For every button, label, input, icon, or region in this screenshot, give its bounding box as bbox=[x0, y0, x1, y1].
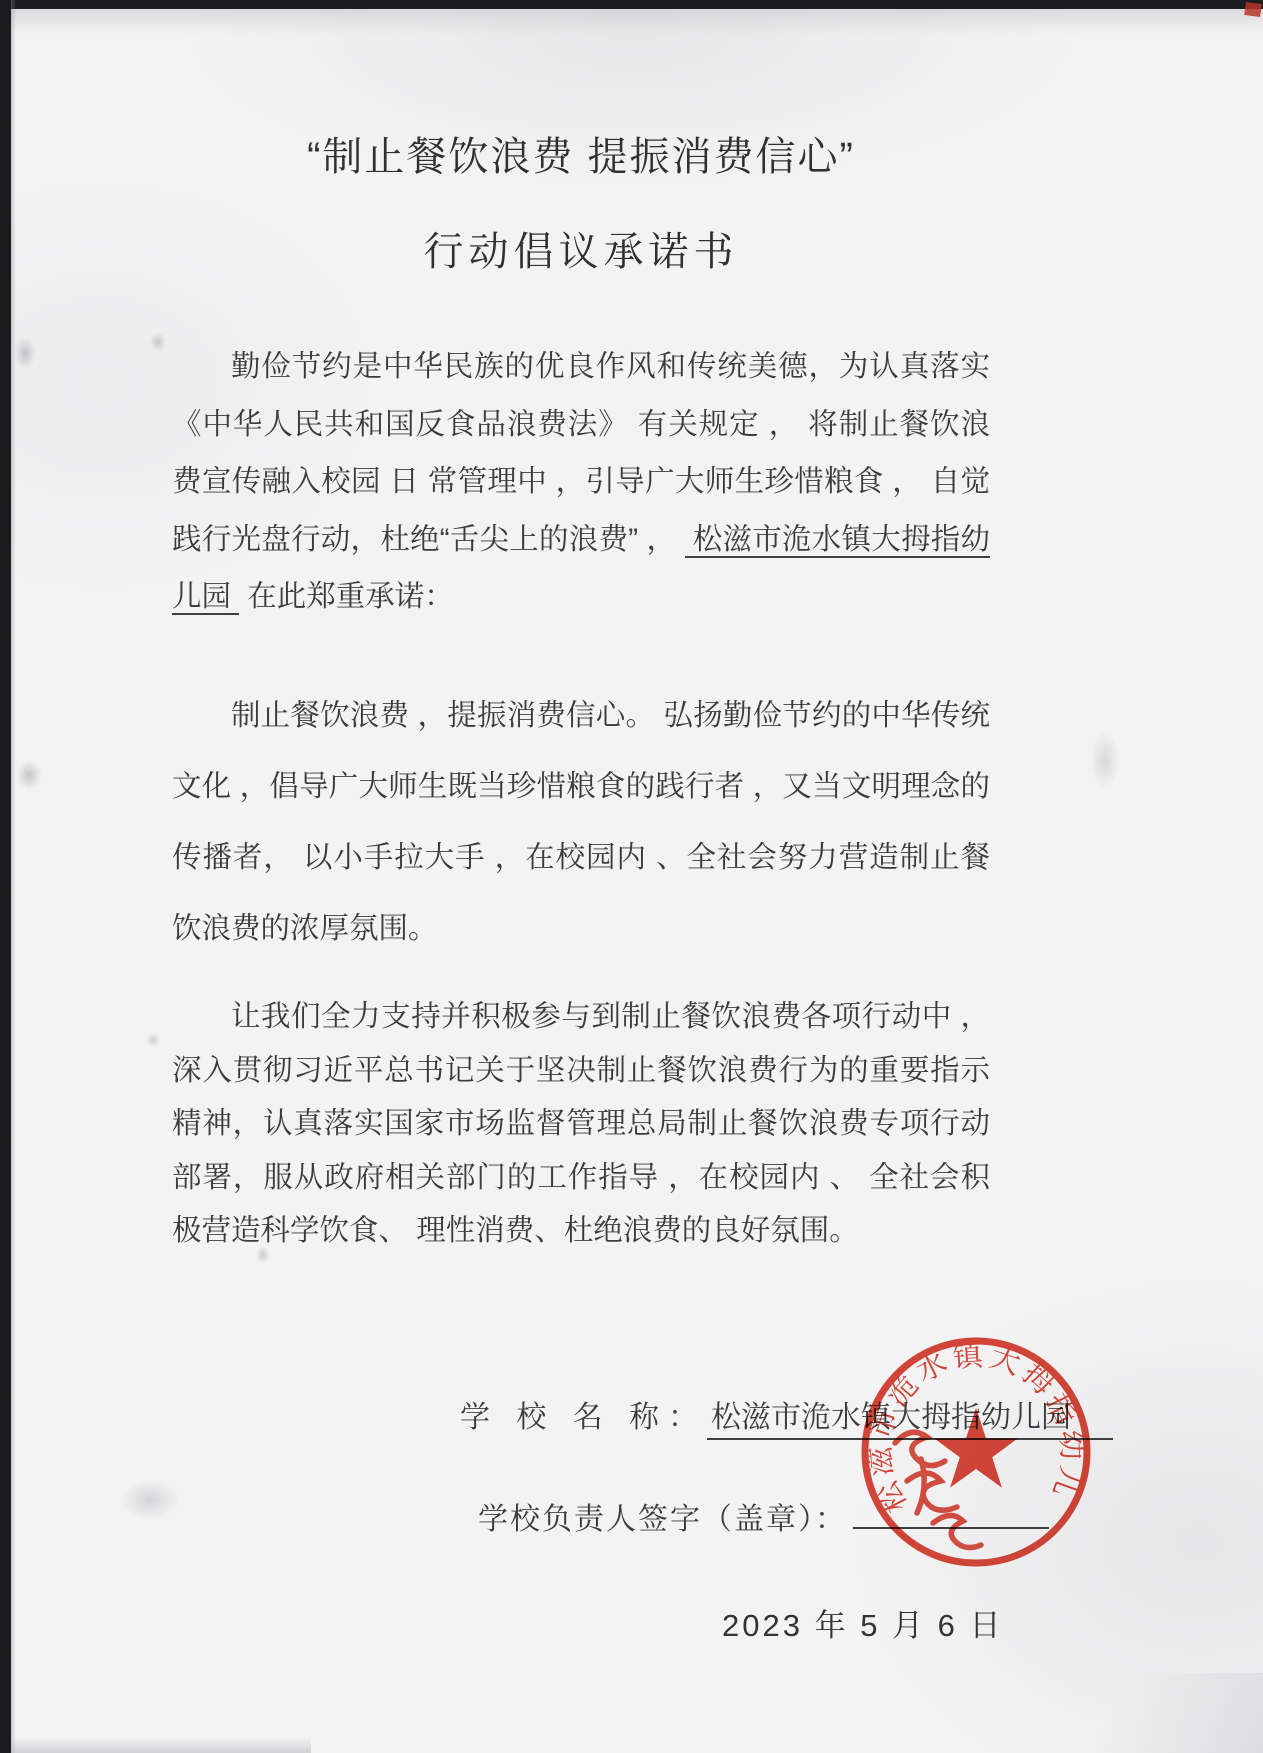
scan-blotch-bottom-left bbox=[11, 1737, 311, 1753]
scan-edge-left bbox=[0, 0, 11, 1753]
scanned-document-page: “制止餐饮浪费 提振消费信心” 行动倡议承诺书 勤俭节约是中华民族的优良作风和传… bbox=[0, 0, 1263, 1753]
scan-smudge bbox=[16, 760, 42, 790]
official-seal: 松滋市洈水镇大拇指幼儿园 bbox=[855, 1331, 1097, 1573]
scan-smudge bbox=[14, 336, 36, 370]
scan-edge-top-shadow bbox=[0, 9, 1263, 35]
document-title-line2: 行动倡议承诺书 bbox=[172, 220, 990, 277]
paragraph-2: 制止餐饮浪费 ，提振消费信心。 弘扬勤俭节约的中华传统文化 ，倡导广大师生既当珍… bbox=[172, 680, 990, 964]
scan-blotch-bottom-right bbox=[1073, 1673, 1263, 1753]
date-row: 2023 年 5 月 6 日 bbox=[722, 1600, 1004, 1645]
scan-edge-left-shadow bbox=[11, 0, 16, 1753]
paragraph-1: 勤俭节约是中华民族的优良作风和传统美德，为认真落实《中华人民共和国反食品浪费法》… bbox=[172, 338, 990, 626]
paragraph-1-tail: 在此郑重承诺： bbox=[239, 580, 454, 613]
paragraph-3: 让我们全力支持并积极参与到制止餐饮浪费各项行动中 ， 深入贯彻习近平总书记关于坚… bbox=[172, 990, 990, 1258]
school-name-label: 学 校 名 称： bbox=[460, 1401, 707, 1434]
scan-smudge bbox=[1090, 730, 1120, 790]
scan-smudge bbox=[120, 1480, 180, 1520]
document-title-line1: “制止餐饮浪费 提振消费信心” bbox=[172, 125, 990, 182]
red-corner-mark bbox=[1244, 2, 1262, 17]
scan-smudge bbox=[150, 332, 166, 352]
seal-star-icon bbox=[934, 1408, 1018, 1488]
scan-edge-top bbox=[0, 0, 1263, 9]
scan-smudge bbox=[146, 1032, 160, 1048]
signature-label: 学校负责人签字（盖章）： bbox=[478, 1503, 847, 1536]
